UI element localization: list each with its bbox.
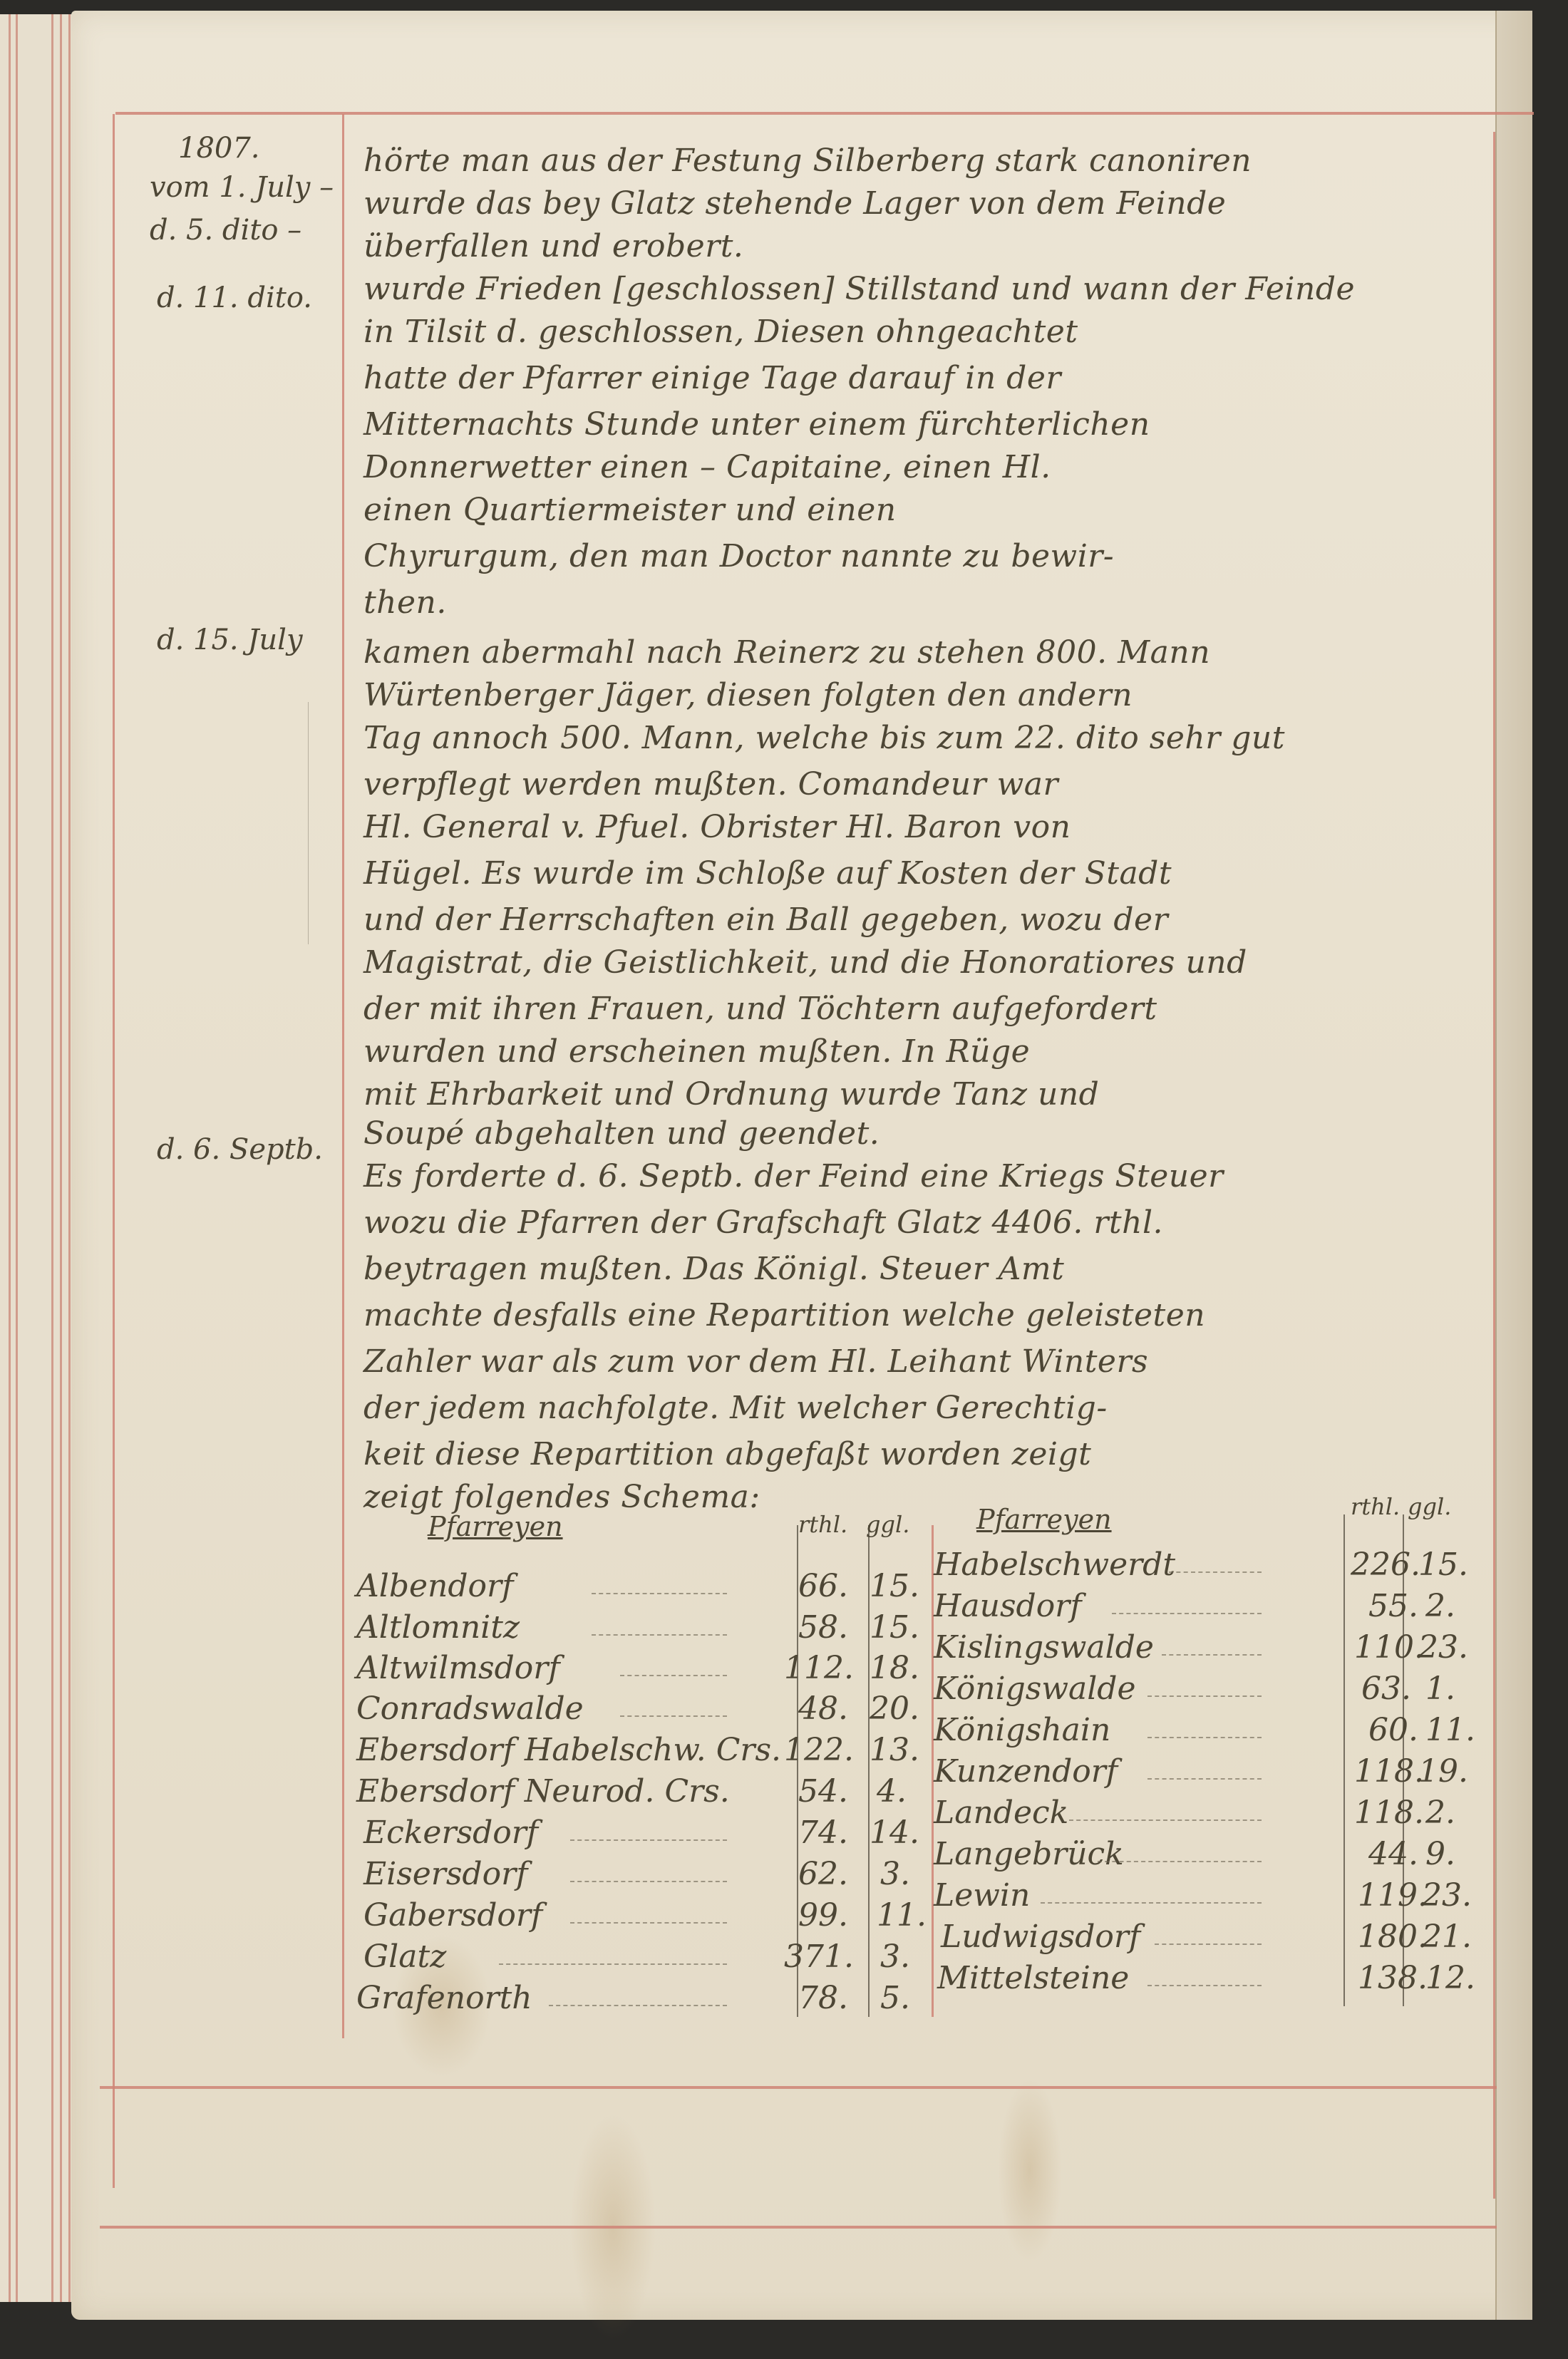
rthl-value: 55. xyxy=(1368,1588,1418,1624)
text-line: Magistrat, die Geistlichkeit, und die Ho… xyxy=(363,944,1247,981)
parish-name: Hausdorf xyxy=(934,1588,1082,1624)
rthl-value: 118. xyxy=(1354,1795,1424,1831)
bottom-red-rule xyxy=(100,2226,1497,2229)
text-line: einen Quartiermeister und einen xyxy=(363,492,897,528)
text-line: Soupé abgehalten und geendet. xyxy=(363,1115,880,1152)
leader-dashes xyxy=(1147,1695,1262,1697)
ggl-value: 12. xyxy=(1425,1960,1475,1996)
paper-stain xyxy=(998,2077,1062,2263)
parish-name: Mittelsteine xyxy=(937,1960,1129,1996)
leader-dashes xyxy=(1169,1571,1262,1573)
text-line: in Tilsit d. geschlossen, Diesen ohngeac… xyxy=(363,314,1078,350)
text-line: der jedem nachfolgte. Mit welcher Gerech… xyxy=(363,1390,1108,1426)
date-column-red-rule xyxy=(342,114,344,2038)
text-line: Chyrurgum, den man Doctor nannte zu bewi… xyxy=(363,538,1114,574)
table-row: Mittelsteine 138. 12. xyxy=(356,1960,1482,2003)
leader-dashes xyxy=(1041,1902,1262,1904)
stack-line xyxy=(68,14,71,2302)
stack-line xyxy=(16,14,18,2302)
table-row: Landeck 118. 2. xyxy=(356,1795,1482,1837)
rthl-value: 138. xyxy=(1358,1960,1428,1996)
ggl-value: 21. xyxy=(1422,1919,1472,1955)
margin-date: vom 1. July – xyxy=(150,171,334,204)
ggl-value: 19. xyxy=(1418,1753,1468,1790)
pencil-mark xyxy=(308,702,309,944)
table-row: Lewin 119. 23. xyxy=(356,1877,1482,1920)
text-line: verpflegt werden mußten. Comandeur war xyxy=(363,766,1058,802)
parish-name: Landeck xyxy=(934,1795,1068,1831)
rthl-value: 118. xyxy=(1354,1753,1424,1790)
right-column-header: Pfarreyen xyxy=(976,1504,1112,1535)
ggl-value: 23. xyxy=(1418,1629,1468,1666)
stack-line xyxy=(51,14,53,2302)
text-line: wurde Frieden [geschlossen] Stillstand u… xyxy=(363,271,1355,307)
text-line: Zahler war als zum vor dem Hl. Leihant W… xyxy=(363,1343,1148,1380)
text-line: machte desfalls eine Repartition welche … xyxy=(363,1297,1205,1333)
rthl-value: 44. xyxy=(1368,1836,1418,1872)
table-row: Ludwigsdorf 180. 21. xyxy=(356,1919,1482,1961)
rthl-value: 63. xyxy=(1361,1671,1411,1707)
text-line: wozu die Pfarren der Grafschaft Glatz 44… xyxy=(363,1204,1163,1241)
rthl-value: 60. xyxy=(1368,1712,1418,1748)
top-red-rule xyxy=(115,112,1534,115)
parish-name: Königswalde xyxy=(934,1671,1136,1707)
text-line: der mit ihren Frauen, und Töchtern aufge… xyxy=(363,991,1157,1027)
rthl-value: 119. xyxy=(1358,1877,1428,1914)
table-row: Kunzendorf 118. 19. xyxy=(356,1753,1482,1796)
ggl-value: 9. xyxy=(1425,1836,1455,1872)
text-line: und der Herrschaften ein Ball gegeben, w… xyxy=(363,902,1168,938)
stack-line xyxy=(60,14,62,2302)
ggl-value: 2. xyxy=(1425,1795,1455,1831)
left-rthl-header: rthl. xyxy=(798,1511,847,1538)
table-row: Königswalde 63. 1. xyxy=(356,1671,1482,1713)
text-line: Würtenberger Jäger, diesen folgten den a… xyxy=(363,677,1133,713)
text-line: then. xyxy=(363,584,447,621)
rthl-value: 110. xyxy=(1354,1629,1424,1666)
ggl-value: 11. xyxy=(1425,1712,1475,1748)
leader-dashes xyxy=(1147,1737,1262,1738)
table-row: Habelschwerdt 226. 15. xyxy=(356,1547,1482,1589)
parish-name: Kislingswalde xyxy=(934,1629,1154,1666)
leader-dashes xyxy=(1162,1654,1262,1656)
left-ggl-header: ggl. xyxy=(866,1511,909,1538)
table-row: Hausdorf 55. 2. xyxy=(356,1588,1482,1631)
leader-dashes xyxy=(1069,1819,1262,1821)
stack-line xyxy=(9,14,11,2302)
left-column-header: Pfarreyen xyxy=(428,1511,563,1542)
leader-dashes xyxy=(1112,1613,1262,1614)
ggl-value: 23. xyxy=(1422,1877,1472,1914)
text-line: mit Ehrbarkeit und Ordnung wurde Tanz un… xyxy=(363,1076,1099,1113)
text-line: Donnerwetter einen – Capitaine, einen Hl… xyxy=(363,449,1051,485)
text-line: Hügel. Es wurde im Schloße auf Kosten de… xyxy=(363,855,1172,892)
parish-name: Langebrück xyxy=(934,1836,1124,1872)
text-line: keit diese Repartition abgefaßt worden z… xyxy=(363,1436,1091,1472)
leader-dashes xyxy=(1147,1778,1262,1780)
margin-date: 1807. xyxy=(178,132,260,165)
margin-date: d. 5. dito – xyxy=(150,214,301,247)
text-line: Mitternachts Stunde unter einem fürchter… xyxy=(363,406,1150,443)
ggl-value: 2. xyxy=(1425,1588,1455,1624)
text-line: überfallen und erobert. xyxy=(363,228,743,264)
leader-dashes xyxy=(1155,1944,1262,1945)
text-line: beytragen mußten. Das Königl. Steuer Amt xyxy=(363,1251,1064,1287)
table-row: Langebrück 44. 9. xyxy=(356,1836,1482,1879)
text-line: kamen abermahl nach Reinerz zu stehen 80… xyxy=(363,634,1210,671)
parish-name: Königshain xyxy=(934,1712,1110,1748)
parish-name: Habelschwerdt xyxy=(934,1547,1175,1583)
text-line: Hl. General v. Pfuel. Obrister Hl. Baron… xyxy=(363,809,1071,845)
rthl-value: 180. xyxy=(1358,1919,1428,1955)
parish-name: Ludwigsdorf xyxy=(941,1919,1140,1955)
margin-date: d. 6. Septb. xyxy=(157,1133,323,1166)
rthl-value: 226. xyxy=(1351,1547,1420,1583)
text-line: hatte der Pfarrer einige Tage darauf in … xyxy=(363,360,1061,396)
text-line: zeigt folgendes Schema: xyxy=(363,1479,760,1515)
outer-left-red-rule xyxy=(113,114,115,2188)
parish-name: Lewin xyxy=(934,1877,1030,1914)
text-line: wurden und erscheinen mußten. In Rüge xyxy=(363,1033,1030,1070)
table-row: Königshain 60. 11. xyxy=(356,1712,1482,1755)
leader-dashes xyxy=(549,2005,727,2006)
lower-red-rule xyxy=(100,2086,1497,2089)
text-line: Tag annoch 500. Mann, welche bis zum 22.… xyxy=(363,720,1285,756)
ggl-value: 15. xyxy=(1418,1547,1468,1583)
leader-dashes xyxy=(1147,1985,1262,1986)
right-red-rule xyxy=(1493,132,1495,2199)
ggl-value: 1. xyxy=(1425,1671,1455,1707)
text-line: hörte man aus der Festung Silberberg sta… xyxy=(363,143,1252,179)
leader-dashes xyxy=(1098,1861,1262,1862)
book-gutter xyxy=(1495,11,1532,2320)
margin-date: d. 11. dito. xyxy=(157,282,312,314)
right-ggl-header: ggl. xyxy=(1408,1493,1451,1520)
table-row: Kislingswalde 110. 23. xyxy=(356,1629,1482,1672)
right-rthl-header: rthl. xyxy=(1351,1493,1400,1520)
text-line: Es forderte d. 6. Septb. der Feind eine … xyxy=(363,1158,1224,1194)
margin-date: d. 15. July xyxy=(157,624,303,656)
text-line: wurde das bey Glatz stehende Lager von d… xyxy=(363,185,1226,222)
parish-name: Kunzendorf xyxy=(934,1753,1118,1790)
